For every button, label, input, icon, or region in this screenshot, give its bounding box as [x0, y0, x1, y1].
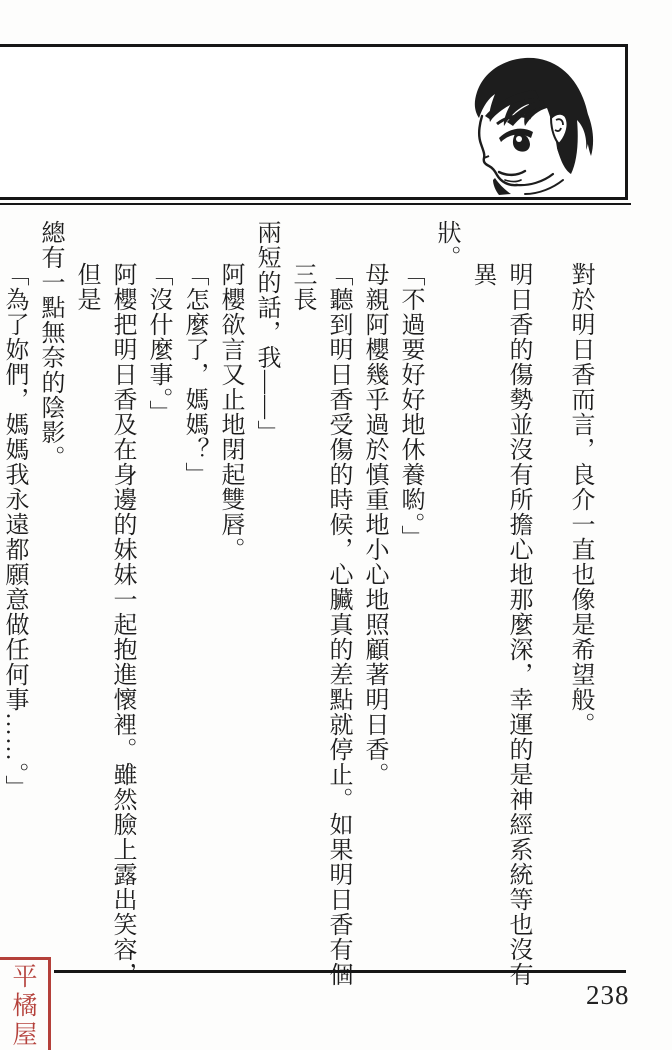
publisher-seal: 平橘屋	[0, 957, 51, 1050]
text-column: 明日香的傷勢並沒有所擔心地那麼深，幸運的是神經系統等也沒有異	[464, 220, 536, 1006]
text-column: 總有一點無奈的陰影。	[32, 220, 68, 964]
text-column: 「怎麼了，媽媽？」	[176, 220, 212, 1006]
panel-underline	[0, 203, 631, 205]
portrait-illustration	[455, 54, 605, 196]
text-column: 「不過要好好地休養喲。」	[392, 220, 428, 1006]
manga-page: 對於明日香而言，良介一直也像是希望般。明日香的傷勢並沒有所擔心地那麼深，幸運的是…	[0, 0, 672, 1050]
text-column: 母親阿櫻幾乎過於慎重地小心地照顧著明日香。	[356, 220, 392, 1006]
text-column: 阿櫻把明日香及在身邊的妹妹一起抱進懷裡。雖然臉上露出笑容，但是	[68, 220, 140, 1006]
footer-rule	[54, 970, 626, 973]
text-columns: 對於明日香而言，良介一直也像是希望般。明日香的傷勢並沒有所擔心地那麼深，幸運的是…	[93, 220, 598, 964]
text-column: 「沒什麼事。」	[140, 220, 176, 1006]
text-column: 兩短的話，我——」	[248, 220, 284, 964]
text-column: 「聽到明日香受傷的時候，心臟真的差點就停止。如果明日香有個三長	[284, 220, 356, 1006]
page-number: 238	[586, 980, 644, 1011]
text-column: 對於明日香而言，良介一直也像是希望般。	[562, 220, 598, 1006]
text-column: 狀。	[428, 220, 464, 964]
text-column: 「為了妳們，媽媽我永遠都願意做任何事……。」	[0, 220, 32, 1006]
text-column: 阿櫻欲言又止地閉起雙唇。	[212, 220, 248, 1006]
